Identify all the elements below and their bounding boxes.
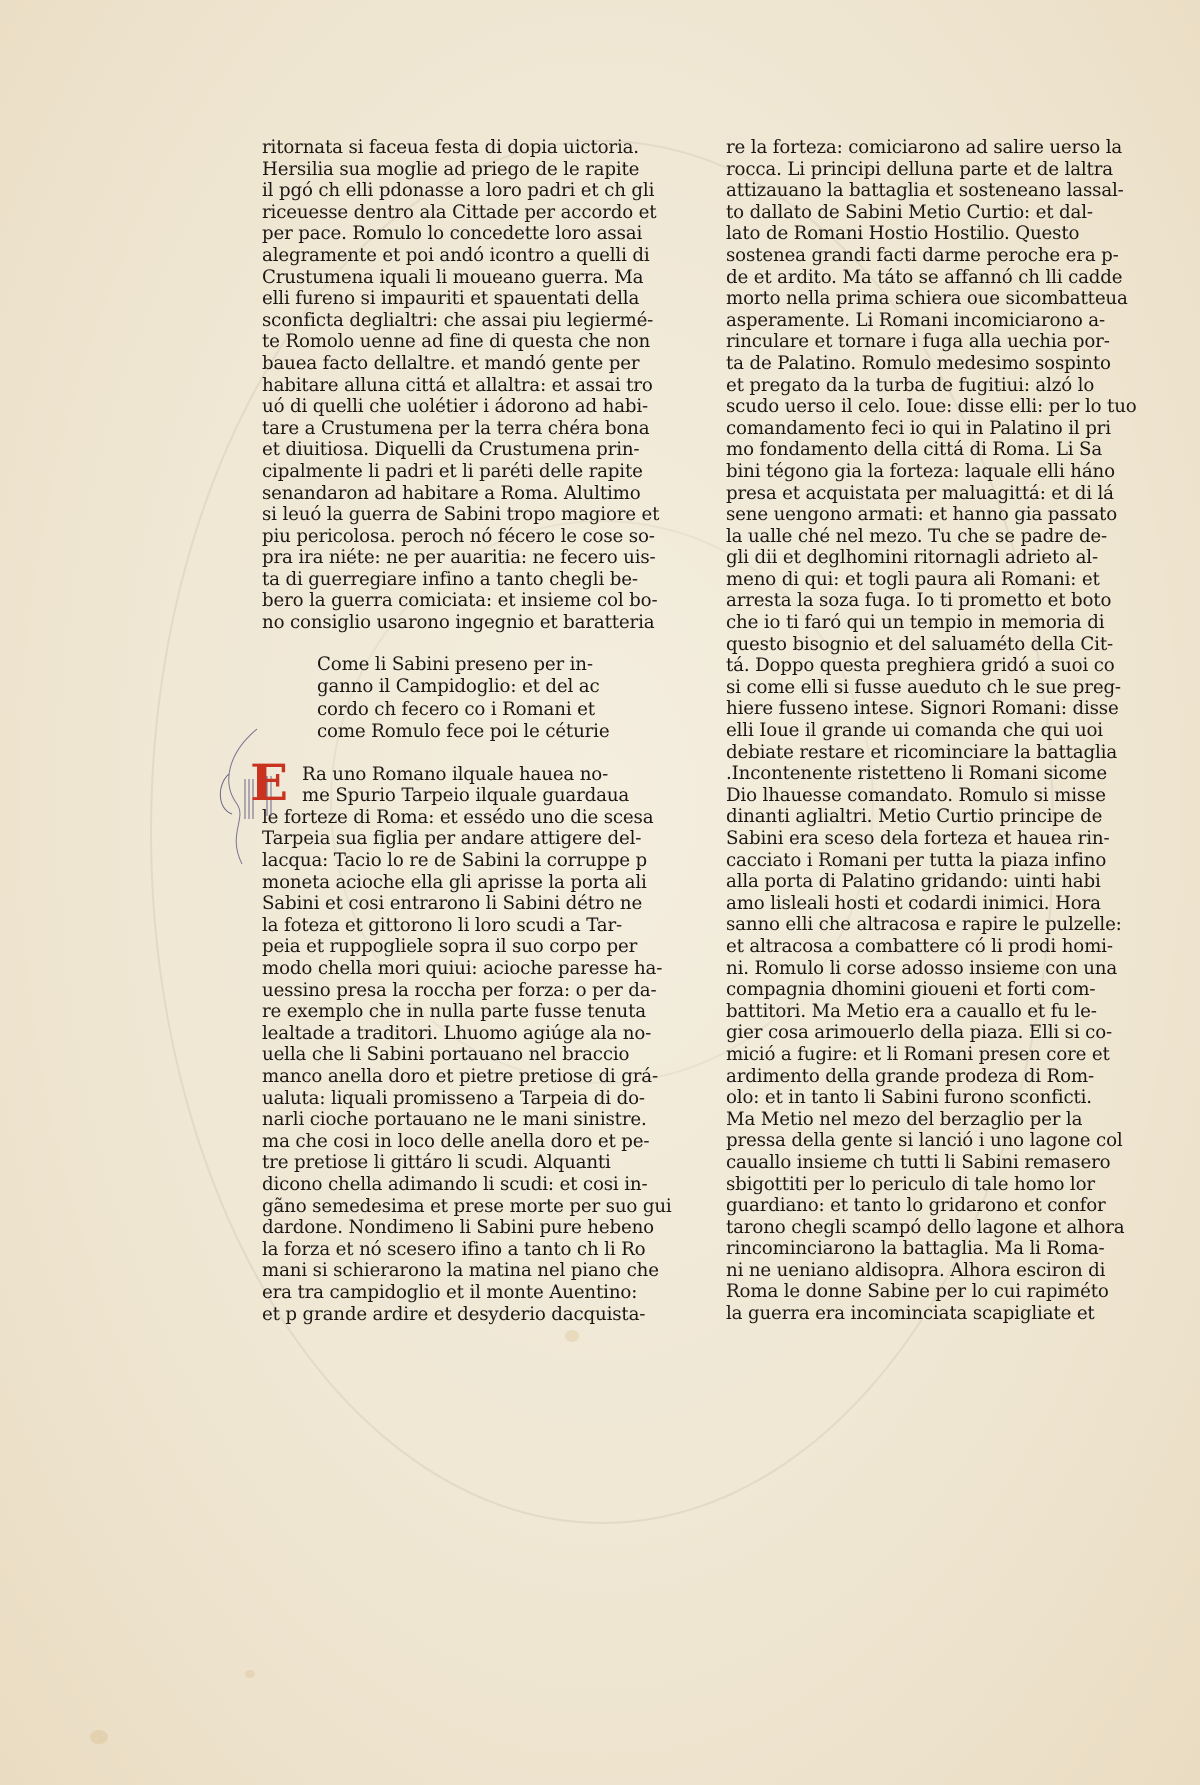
text-line: Sabini et cosi entrarono li Sabini détro… bbox=[262, 893, 630, 915]
left-text-column: ritornata si faceua festa di dopia uicto… bbox=[262, 137, 630, 1325]
text-line: gli dii et deglhomini ritornagli adrieto… bbox=[726, 547, 1096, 569]
text-line: Tarpeia sua figlia per andare attigere d… bbox=[262, 828, 630, 850]
text-line: uella che li Sabini portauano nel bracci… bbox=[262, 1044, 630, 1066]
text-line: sconficta deglialtri: che assai piu legi… bbox=[262, 310, 630, 332]
text-line: rinculare et tornare i fuga alla uechia … bbox=[726, 331, 1096, 353]
text-line: ta de Palatino. Romulo medesimo sospinto bbox=[726, 353, 1096, 375]
text-line: senandaron ad habitare a Roma. Alultimo bbox=[262, 483, 630, 505]
text-line: meno di qui: et togli paura ali Romani: … bbox=[726, 569, 1096, 591]
right-text-column: re la forteza: comiciarono ad salire uer… bbox=[726, 137, 1096, 1325]
paragraph-2: E Ra uno Romano ilquale hauea no-me Spur… bbox=[262, 764, 630, 1325]
text-line: dardone. Nondimeno li Sabini pure hebeno bbox=[262, 1217, 630, 1239]
text-line: era tra campidoglio et il monte Auentino… bbox=[262, 1282, 630, 1304]
text-line: bini tégono gia la forteza: laquale elli… bbox=[726, 461, 1096, 483]
text-line: lealtade a traditori. Lhuomo agiúge ala … bbox=[262, 1023, 630, 1045]
text-line: arresta la soza fuga. Io ti prometto et … bbox=[726, 590, 1096, 612]
text-line: compagnia dhomini gioueni et forti com- bbox=[726, 979, 1096, 1001]
text-line: Hersilia sua moglie ad priego de le rapi… bbox=[262, 159, 630, 181]
text-line: bero la guerra comiciata: et insieme col… bbox=[262, 590, 630, 612]
text-line: attizauano la battaglia et sosteneano la… bbox=[726, 180, 1096, 202]
text-line: la guerra era incominciata scapigliate e… bbox=[726, 1303, 1096, 1325]
chapter-heading: Come li Sabini preseno per in-ganno il C… bbox=[262, 654, 630, 744]
foxing-stain bbox=[90, 1730, 108, 1744]
text-line: ni ne ueniano aldisopra. Alhora esciron … bbox=[726, 1260, 1096, 1282]
text-line: cordo ch fecero co i Romani et bbox=[317, 699, 630, 722]
text-line: piu pericolosa. peroch nó fécero le cose… bbox=[262, 526, 630, 548]
text-line: ardimento della grande prodeza di Rom- bbox=[726, 1066, 1096, 1088]
text-line: ganno il Campidoglio: et del ac bbox=[317, 676, 630, 699]
text-line: no consiglio usarono ingegnio et baratte… bbox=[262, 612, 630, 634]
text-line: olo: et in tanto li Sabini furono sconfi… bbox=[726, 1087, 1096, 1109]
rubricated-initial: E bbox=[250, 758, 296, 808]
text-line: manco anella doro et pietre pretiose di … bbox=[262, 1066, 630, 1088]
text-line: asperamente. Li Romani incomiciarono a- bbox=[726, 310, 1096, 332]
text-line: rincominciarono la battaglia. Ma li Roma… bbox=[726, 1238, 1096, 1260]
text-line: Ma Metio nel mezo del berzaglio per la bbox=[726, 1109, 1096, 1131]
text-line: narli cioche portauano ne le mani sinist… bbox=[262, 1109, 630, 1131]
text-line: scudo uerso il celo. Ioue: disse elli: p… bbox=[726, 396, 1096, 418]
text-line: ualuta: liquali promisseno a Tarpeia di … bbox=[262, 1088, 630, 1110]
text-line: habitare alluna cittá et allaltra: et as… bbox=[262, 375, 630, 397]
text-line: bauea facto dellaltre. et mandó gente pe… bbox=[262, 353, 630, 375]
text-line: tare a Crustumena per la terra chéra bon… bbox=[262, 418, 630, 440]
text-line: et altracosa a combattere có li prodi ho… bbox=[726, 936, 1096, 958]
text-line: amo lisleali hosti et codardi inimici. H… bbox=[726, 893, 1096, 915]
text-line: tre pretiose li gittáro li scudi. Alquan… bbox=[262, 1152, 630, 1174]
text-line: ritornata si faceua festa di dopia uicto… bbox=[262, 137, 630, 159]
text-line: alla porta di Palatino gridando: uinti h… bbox=[726, 871, 1096, 893]
text-line: la ualle ché nel mezo. Tu che se padre d… bbox=[726, 526, 1096, 548]
text-line: mició a fugire: et li Romani presen core… bbox=[726, 1044, 1096, 1066]
text-line: Sabini era sceso dela forteza et hauea r… bbox=[726, 828, 1096, 850]
text-line: che io ti faró qui un tempio in memoria … bbox=[726, 612, 1096, 634]
text-line: et pregato da la turba de fugitiui: alzó… bbox=[726, 375, 1096, 397]
text-line: te Romolo uenne ad fine di questa che no… bbox=[262, 331, 630, 353]
text-line: sene uengono armati: et hanno gia passat… bbox=[726, 504, 1096, 526]
text-line: pressa della gente si lanció i uno lagon… bbox=[726, 1130, 1096, 1152]
text-line: per pace. Romulo lo concedette loro assa… bbox=[262, 223, 630, 245]
text-line: elli Ioue il grande ui comanda che qui u… bbox=[726, 720, 1096, 742]
text-line: presa et acquistata per maluagittá: et d… bbox=[726, 483, 1096, 505]
text-line: lacqua: Tacio lo re de Sabini la corrupp… bbox=[262, 850, 630, 872]
text-line: Crustumena iquali li moueano guerra. Ma bbox=[262, 267, 630, 289]
text-line: me Spurio Tarpeio ilquale guardaua bbox=[262, 785, 630, 807]
text-line: pra ira niéte: ne per auaritia: ne fecer… bbox=[262, 547, 630, 569]
text-line: dinanti aglialtri. Metio Curtio principe… bbox=[726, 806, 1096, 828]
text-line: morto nella prima schiera oue sicombatte… bbox=[726, 288, 1096, 310]
text-line: de et ardito. Ma táto se affannó ch lli … bbox=[726, 267, 1096, 289]
text-line: .Incontenente ristetteno li Romani sicom… bbox=[726, 763, 1096, 785]
text-line: modo chella mori quiui: acioche paresse … bbox=[262, 958, 630, 980]
text-line: Dio lhauesse comandato. Romulo si misse bbox=[726, 785, 1096, 807]
text-line: Roma le donne Sabine per lo cui rapiméto bbox=[726, 1281, 1096, 1303]
text-line: ma che cosi in loco delle anella doro et… bbox=[262, 1131, 630, 1153]
text-line: to dallato de Sabini Metio Curtio: et da… bbox=[726, 202, 1096, 224]
text-line: sbigottiti per lo periculo di tale homo … bbox=[726, 1174, 1096, 1196]
text-line: gier cosa arimouerlo della piaza. Elli s… bbox=[726, 1022, 1096, 1044]
text-line: riceuesse dentro ala Cittade per accordo… bbox=[262, 202, 630, 224]
text-line: Come li Sabini preseno per in- bbox=[317, 654, 630, 677]
text-line: il pgó ch elli pdonasse a loro padri et … bbox=[262, 180, 630, 202]
text-line: uó di quelli che uolétier i ádorono ad h… bbox=[262, 396, 630, 418]
text-line: questo bisognio et del saluaméto della C… bbox=[726, 634, 1096, 656]
text-line: re exemplo che in nulla parte fusse tenu… bbox=[262, 1001, 630, 1023]
text-line: ta di guerregiare infino a tanto chegli … bbox=[262, 569, 630, 591]
text-line: alegramente et poi andó icontro a quelli… bbox=[262, 245, 630, 267]
text-line: Ra uno Romano ilquale hauea no- bbox=[262, 764, 630, 786]
text-line: si leuó la guerra de Sabini tropo magior… bbox=[262, 504, 630, 526]
text-line: mani si schierarono la matina nel piano … bbox=[262, 1260, 630, 1282]
text-line: dicono chella adimando li scudi: et cosi… bbox=[262, 1174, 630, 1196]
text-line: et diuitiosa. Diquelli da Crustumena pri… bbox=[262, 439, 630, 461]
text-line: hiere fusseno intese. Signori Romani: di… bbox=[726, 698, 1096, 720]
text-line: sostenea grandi facti darme peroche era … bbox=[726, 245, 1096, 267]
text-line: guardiano: et tanto lo gridarono et conf… bbox=[726, 1195, 1096, 1217]
text-line: si come elli si fusse aueduto ch le sue … bbox=[726, 677, 1096, 699]
text-line: mo fondamento della cittá di Roma. Li Sa bbox=[726, 439, 1096, 461]
text-line: et p grande ardire et desyderio dacquist… bbox=[262, 1304, 630, 1326]
text-line: come Romulo fece poi le céturie bbox=[317, 721, 630, 744]
text-line: peia et ruppogliele sopra il suo corpo p… bbox=[262, 936, 630, 958]
text-line: la foteza et gittorono li loro scudi a T… bbox=[262, 915, 630, 937]
text-line: uessino presa la roccha per forza: o per… bbox=[262, 980, 630, 1002]
text-line: la forza et nó scesero ifino a tanto ch … bbox=[262, 1239, 630, 1261]
text-line: comandamento feci io qui in Palatino il … bbox=[726, 418, 1096, 440]
paragraph-1: ritornata si faceua festa di dopia uicto… bbox=[262, 137, 630, 634]
text-line: le forteze di Roma: et essédo uno die sc… bbox=[262, 807, 630, 829]
text-line: lato de Romani Hostio Hostilio. Questo bbox=[726, 223, 1096, 245]
foxing-stain bbox=[565, 1330, 579, 1342]
text-line: cauallo insieme ch tutti li Sabini remas… bbox=[726, 1152, 1096, 1174]
text-line: cipalmente li padri et li paréti delle r… bbox=[262, 461, 630, 483]
text-line: rocca. Li principi delluna parte et de l… bbox=[726, 159, 1096, 181]
text-line: tarono chegli scampó dello lagone et alh… bbox=[726, 1217, 1096, 1239]
text-line: sanno elli che altracosa e rapire le pul… bbox=[726, 914, 1096, 936]
text-line: battitori. Ma Metio era a cauallo et fu … bbox=[726, 1001, 1096, 1023]
text-line: elli fureno si impauriti et spauentati d… bbox=[262, 288, 630, 310]
text-line: ni. Romulo li corse adosso insieme con u… bbox=[726, 958, 1096, 980]
text-line: tá. Doppo questa preghiera gridó a suoi … bbox=[726, 655, 1096, 677]
text-line: debiate restare et ricominciare la batta… bbox=[726, 742, 1096, 764]
manuscript-page: ritornata si faceua festa di dopia uicto… bbox=[0, 0, 1200, 1785]
text-line: moneta acioche ella gli aprisse la porta… bbox=[262, 872, 630, 894]
text-line: re la forteza: comiciarono ad salire uer… bbox=[726, 137, 1096, 159]
foxing-stain bbox=[245, 1670, 255, 1678]
text-line: gãno semedesima et prese morte per suo g… bbox=[262, 1196, 630, 1218]
text-line: cacciato i Romani per tutta la piaza inf… bbox=[726, 850, 1096, 872]
